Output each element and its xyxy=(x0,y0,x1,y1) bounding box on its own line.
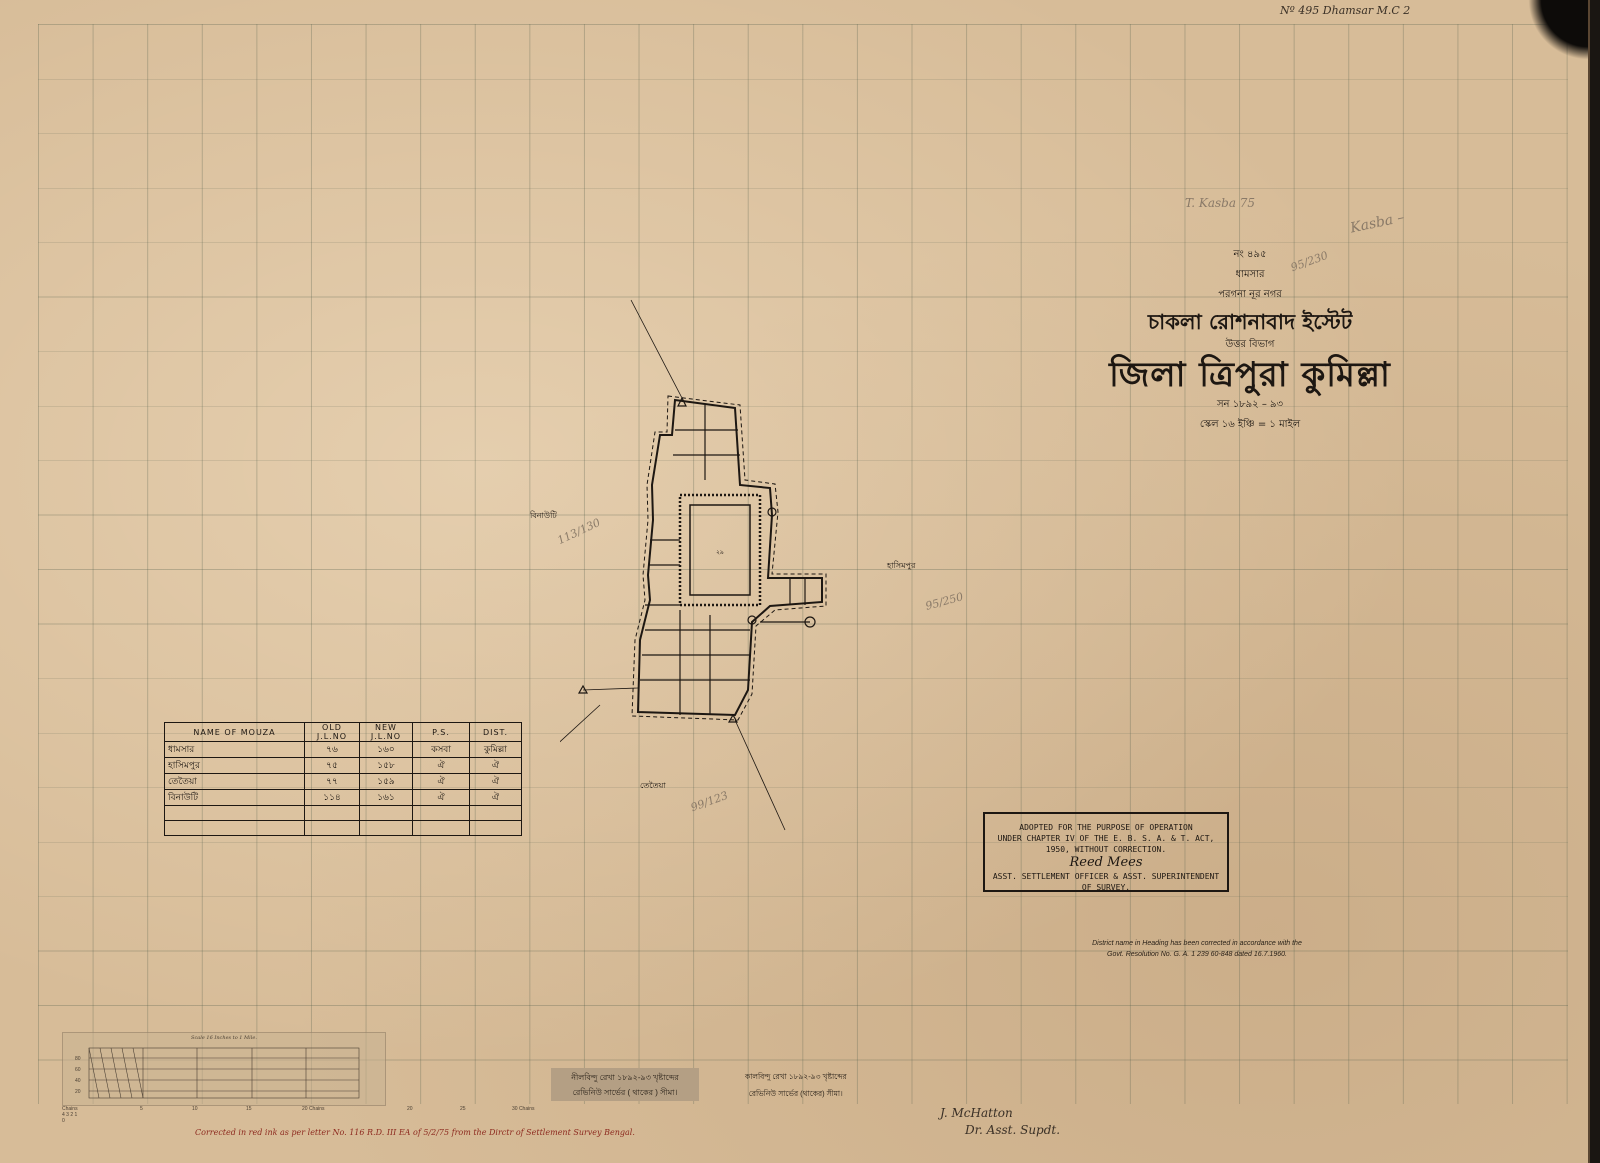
tick: 20 xyxy=(75,1087,81,1098)
tick: 10 xyxy=(192,1106,198,1112)
tick: 40 xyxy=(75,1076,81,1087)
tick: 30 Chains xyxy=(512,1106,572,1112)
village-hasimpur: হাসিমপুর xyxy=(887,560,915,573)
legend-line: কালবিন্দু রেখা ১৮৯২-৯৩ খৃষ্টাব্দের xyxy=(745,1068,847,1085)
tick: 80 xyxy=(75,1054,81,1065)
cell: কসবা xyxy=(413,742,470,758)
table-row-empty xyxy=(165,821,522,836)
cell: ঐ xyxy=(470,774,522,790)
signature-line: J. McHatton xyxy=(940,1105,1060,1122)
red-correction-note: Corrected in red ink as per letter No. 1… xyxy=(195,1128,635,1137)
cell: ১৬০ xyxy=(360,742,413,758)
stamp-line: ADOPTED FOR THE PURPOSE OF OPERATION xyxy=(985,822,1227,833)
division-name: উত্তর বিভাগ xyxy=(1085,335,1415,355)
sheet-number: নং ৪৯৫ xyxy=(1085,245,1415,265)
table-row: তেতৈয়া ৭৭ ১৫৯ ঐ ঐ xyxy=(165,774,522,790)
cell: ধামসার xyxy=(165,742,305,758)
cell: তেতৈয়া xyxy=(165,774,305,790)
cell: ৭৭ xyxy=(305,774,360,790)
stamp-signature: Reed Mees xyxy=(985,855,1227,871)
pencil-note-kasba: T. Kasba 75 xyxy=(1185,196,1255,210)
mouza-table: NAME OF MOUZA OLD J.L.NO NEW J.L.NO P.S.… xyxy=(164,722,522,836)
map-sheet: Nº 495 Dhamsar M.C 2 T. Kasba 75 Kasba –… xyxy=(0,0,1590,1163)
tick: 5 xyxy=(140,1106,143,1112)
stamp-line: UNDER CHAPTER IV OF THE E. B. S. A. & T.… xyxy=(985,833,1227,844)
legend-line: রেভিনিউ সার্ভের ( থাকের ) সীমা। xyxy=(551,1085,699,1100)
village-tetoiya: তেতৈয়া xyxy=(640,780,666,793)
tick: 25 xyxy=(460,1106,466,1112)
correction-note: District name in Heading has been correc… xyxy=(1082,938,1312,960)
tick: 15 xyxy=(246,1106,252,1112)
stamp-line: OF SURVEY. xyxy=(985,882,1227,893)
title-block: নং ৪৯৫ ধামসার পরগনা নূর নগর চাকলা রোশনাব… xyxy=(1085,245,1415,435)
plot-center-label: ২৯ xyxy=(716,550,724,556)
map-scale: স্কেল ১৬ ইঞ্চি = ১ মাইল xyxy=(1085,415,1415,435)
tick: 60 xyxy=(75,1065,81,1076)
table-header-row: NAME OF MOUZA OLD J.L.NO NEW J.L.NO P.S.… xyxy=(165,723,522,742)
tick: 20 xyxy=(407,1106,413,1112)
tick: Chains 4 3 2 1 0 xyxy=(62,1106,78,1124)
col-old-jl: OLD J.L.NO xyxy=(305,723,360,742)
cell: ঐ xyxy=(470,758,522,774)
col-ps: P.S. xyxy=(413,723,470,742)
district-name: জিলা ত্রিপুরা কুমিল্লা xyxy=(1085,355,1415,395)
officer-signature: J. McHatton Dr. Asst. Supdt. xyxy=(940,1105,1060,1139)
cell: ১৬১ xyxy=(360,790,413,806)
legend-blue-dot: নীলবিন্দু রেখা ১৮৯২-৯৩ খৃষ্টাব্দের রেভিন… xyxy=(551,1068,699,1101)
cell: ঐ xyxy=(413,790,470,806)
cell: ১৫৮ xyxy=(360,758,413,774)
burnt-corner xyxy=(1528,0,1588,60)
table-row: হাসিমপুর ৭৫ ১৫৮ ঐ ঐ xyxy=(165,758,522,774)
col-name: NAME OF MOUZA xyxy=(165,723,305,742)
legend-line: নীলবিন্দু রেখা ১৮৯২-৯৩ খৃষ্টাব্দের xyxy=(551,1070,699,1085)
village-binauti: বিনাউটি xyxy=(530,510,557,523)
stamp-line: 1950, WITHOUT CORRECTION. xyxy=(985,844,1227,855)
col-new-jl: NEW J.L.NO xyxy=(360,723,413,742)
tick: 20 Chains xyxy=(302,1106,362,1112)
table-row: ধামসার ৭৬ ১৬০ কসবা কুমিল্লা xyxy=(165,742,522,758)
cell: ঐ xyxy=(413,774,470,790)
cell: ৭৬ xyxy=(305,742,360,758)
scale-bar: Scale 16 Inches to 1 Mile. 80 60 xyxy=(62,1032,386,1106)
cell: কুমিল্লা xyxy=(470,742,522,758)
stamp-line: ASST. SETTLEMENT OFFICER & ASST. SUPERIN… xyxy=(985,871,1227,882)
cell: ১১৪ xyxy=(305,790,360,806)
cadastral-plot-map: ২৯ xyxy=(560,295,840,835)
pargana-name: পরগনা নূর নগর xyxy=(1085,285,1415,305)
note-line: Govt. Resolution No. G. A. 1 239 60-848 … xyxy=(1082,949,1312,960)
scale-y-ticks: 80 60 40 20 xyxy=(75,1054,81,1098)
legend-black-dot: কালবিন্দু রেখা ১৮৯২-৯৩ খৃষ্টাব্দের রেভিন… xyxy=(745,1068,847,1102)
table-row: বিনাউটি ১১৪ ১৬১ ঐ ঐ xyxy=(165,790,522,806)
corner-catalog-note: Nº 495 Dhamsar M.C 2 xyxy=(1280,4,1410,17)
note-line: District name in Heading has been correc… xyxy=(1082,938,1312,949)
cell: ৭৫ xyxy=(305,758,360,774)
cell: ১৫৯ xyxy=(360,774,413,790)
adoption-stamp: ADOPTED FOR THE PURPOSE OF OPERATION UND… xyxy=(983,812,1229,892)
signature-line: Dr. Asst. Supdt. xyxy=(940,1122,1060,1139)
cell: ঐ xyxy=(413,758,470,774)
cell: হাসিমপুর xyxy=(165,758,305,774)
scale-diagonal-grid xyxy=(63,1033,385,1105)
cell: ঐ xyxy=(470,790,522,806)
cell: বিনাউটি xyxy=(165,790,305,806)
survey-year: সন ১৮৯২ – ৯৩ xyxy=(1085,395,1415,415)
table-row-empty xyxy=(165,806,522,821)
col-dist: DIST. xyxy=(470,723,522,742)
estate-name: চাকলা রোশনাবাদ ইস্টেট xyxy=(1085,309,1415,335)
mouza-name: ধামসার xyxy=(1085,265,1415,285)
legend-line: রেভিনিউ সার্ভের (থাকের) সীমা। xyxy=(745,1085,847,1102)
